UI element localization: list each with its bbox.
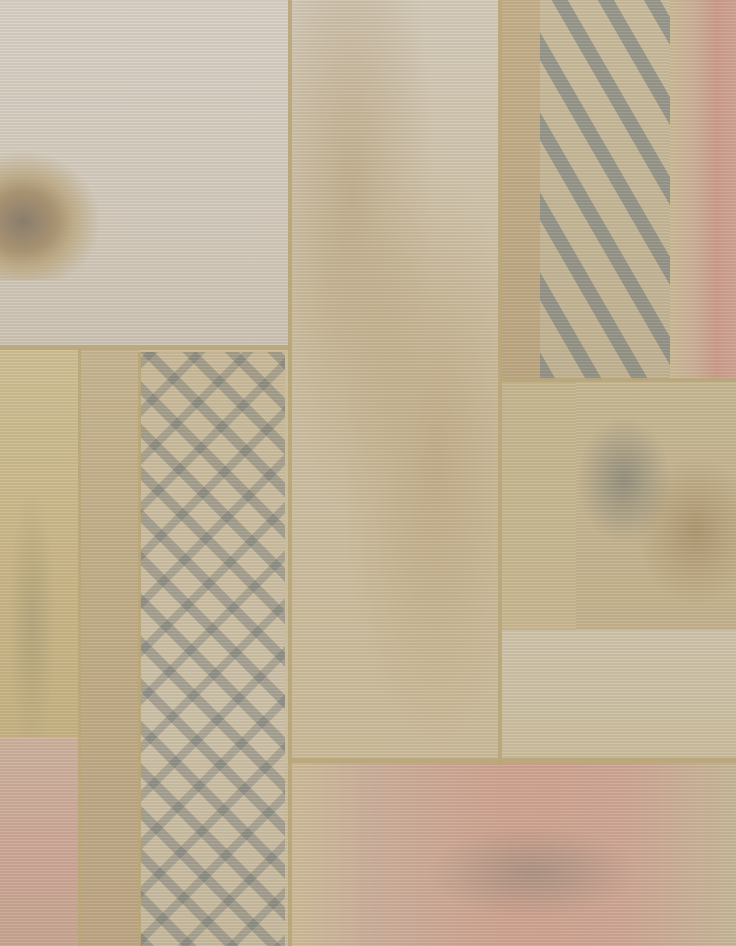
seam-horizontal-1: [0, 345, 290, 350]
seam-vertical-1: [288, 0, 292, 946]
seam-vertical-3: [78, 348, 81, 946]
khaki-strip-left: [80, 350, 140, 946]
rose-patch-bottom-left: [0, 738, 80, 946]
seam-vertical-4: [138, 352, 141, 946]
sand-patch-center: [288, 0, 500, 760]
seam-vertical-2: [498, 0, 502, 765]
rose-strip-top-right: [670, 0, 736, 390]
pale-patch-right-lower: [500, 630, 736, 765]
seam-horizontal-2: [288, 758, 736, 763]
seam-horizontal-3: [500, 378, 736, 382]
patchwork-rug-photo: [0, 0, 736, 946]
tan-strip-top: [500, 0, 540, 380]
rose-patch-bottom-center: [285, 762, 736, 946]
blue-lattice-patch-left: [140, 352, 285, 946]
blue-pattern-strip-top: [540, 0, 670, 380]
medallion-motif: [0, 150, 102, 280]
sand-floral-patch-left: [0, 348, 80, 738]
blue-floral-patch-right: [576, 380, 736, 630]
